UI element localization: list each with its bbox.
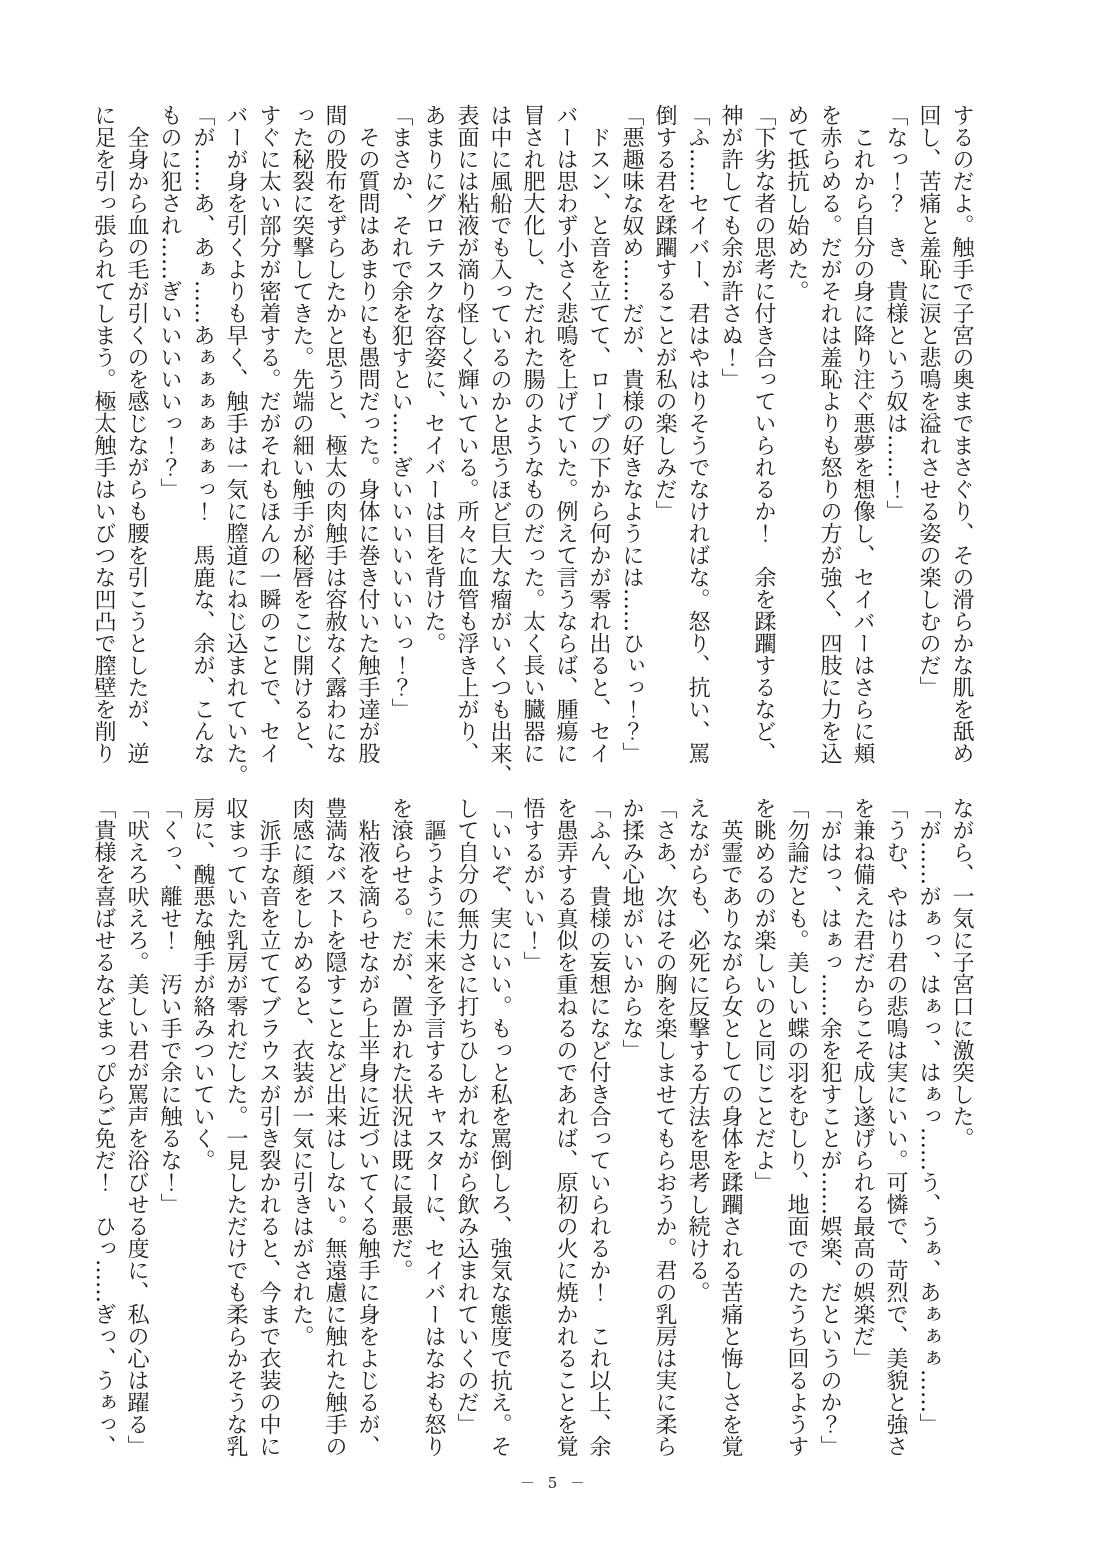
text-column: 倒する君を蹂躙することが私の楽しみだ」 [648,104,681,770]
text-column: 粘液を滴らせながら上半身に近づいてくる触手に身をよじるが、 [351,797,384,1463]
text-column: 豊満なバストを隠すことなど出来はしない。無遠慮に触れた触手の [318,797,351,1463]
text-column: 「うむ、やはり君の悲鳴は実にいい。可憐で、苛烈で、美貌と強さ [879,797,912,1463]
text-column: 回し、苦痛と羞恥に涙と悲鳴を溢れさせる姿の楽しむのだ」 [912,104,945,770]
text-column: 英霊でありながら女としての身体を蹂躙される苦痛と悔しさを覚 [714,797,747,1463]
text-column: を赤らめる。だがそれは羞恥よりも怒りの方が強く、四肢に力を込 [813,104,846,770]
text-column: 「貴様を喜ばせるなどまっぴらご免だ！ ひっ……ぎっ、うぁっ、 [87,797,120,1463]
text-column: を眺めるのが楽しいのと同じことだよ」 [747,797,780,1463]
text-column: ながら、一気に子宮口に激突した。 [945,797,978,1463]
text-column: 「勿論だとも。美しい蝶の羽をむしり、地面でのたうち回るようす [780,797,813,1463]
text-column: 派手な音を立ててブラウスが引き裂かれると、今まで衣装の中に [252,797,285,1463]
text-column: めて抵抗し始めた。 [780,104,813,770]
text-column: を兼ね備えた君だからこそ成し遂げられる最高の娯楽だ」 [846,797,879,1463]
text-column: して自分の無力さに打ちひしがれながら飲み込まれていくのだ」 [450,797,483,1463]
text-column: 全身から血の毛が引くのを感じながらも腰を引こうとしたが、逆 [120,104,153,770]
text-column: 悟するがいい！」 [516,797,549,1463]
text-column: った秘裂に突撃してきた。先端の細い触手が秘唇をこじ開けると、 [285,104,318,770]
text-column: は中に風船でも入っているのかと思うほど巨大な瘤がいくつも出来、 [483,104,516,770]
text-column: バーは思わず小さく悲鳴を上げていた。例えて言うならば、腫瘍に [549,104,582,770]
text-column: 「まさか、それで余を犯すとい……ぎいいいいいいいっ！？」 [384,104,417,770]
text-column: か揉み心地がいいからな」 [615,797,648,1463]
text-column: 「いいぞ、実にいい。もっと私を罵倒しろ、強気な態度で抗え。そ [483,797,516,1463]
text-block-bottom: ながら、一気に子宮口に激突した。「が……がぁっ、はぁっ、はぁっ……う、うぁ、あぁ… [87,797,978,1463]
text-column: 「くっ、離せ！ 汚い手で余に触るな！」 [153,797,186,1463]
page-number: － 5 － [0,1472,1109,1493]
text-column: ドスン、と音を立てて、ローブの下から何かが零れ出ると、セイ [582,104,615,770]
text-column: を滾らせる。だが、置かれた状況は既に最悪だ。 [384,797,417,1463]
text-column: すぐに太い部分が密着する。だがそれもほんの一瞬のことで、セイ [252,104,285,770]
text-column: 冒され肥大化し、ただれた腸のようなものだった。太く長い臓器に [516,104,549,770]
text-column: 謳うように未来を予言するキャスターに、セイバーはなおも怒り [417,797,450,1463]
text-column: 「ふん、貴様の妄想になど付き合っていられるか！ これ以上、余 [582,797,615,1463]
document-page: するのだよ。触手で子宮の奥までまさぐり、その滑らかな肌を舐め回し、苦痛と羞恥に涙… [0,0,1109,1553]
text-column: その質問はあまりにも愚問だった。身体に巻き付いた触手達が股 [351,104,384,770]
text-column: ものに犯され……ぎいいいいいっ！？」 [153,104,186,770]
text-column: 収まっていた乳房が零れだした。一見しただけでも柔らかそうな乳 [219,797,252,1463]
text-column: 「悪趣味な奴め……だが、貴様の好きなようには……ひぃっ！？」 [615,104,648,770]
text-column: 「下劣な者の思考に付き合っていられるか！ 余を蹂躙するなど、 [747,104,780,770]
text-column: 房に、醜悪な触手が絡みついていく。 [186,797,219,1463]
text-column: これから自分の身に降り注ぐ悪夢を想像し、セイバーはさらに頬 [846,104,879,770]
text-column: 「が……あ、あぁ……あぁぁぁぁぁぁっ！ 馬鹿な、余が、こんな [186,104,219,770]
text-column: 神が許しても余が許さぬ！」 [714,104,747,770]
text-column: 間の股布をずらしたかと思うと、極太の肉触手は容赦なく露わにな [318,104,351,770]
text-column: 「なっ！？ き、貴様という奴は……！」 [879,104,912,770]
text-column: 「が……がぁっ、はぁっ、はぁっ……う、うぁ、あぁぁぁ……」 [912,797,945,1463]
text-block-top: するのだよ。触手で子宮の奥までまさぐり、その滑らかな肌を舐め回し、苦痛と羞恥に涙… [87,104,978,770]
text-column: バーが身を引くよりも早く、触手は一気に膣道にねじ込まれていた。 [219,104,252,770]
text-column: 「吠えろ吠えろ。美しい君が罵声を浴びせる度に、私の心は躍る」 [120,797,153,1463]
text-column: あまりにグロテスクな容姿に、セイバーは目を背けた。 [417,104,450,770]
text-column: 「ふ……セイバー、君はやはりそうでなければな。怒り、抗い、罵 [681,104,714,770]
text-column: を愚弄する真似を重ねるのであれば、原初の火に焼かれることを覚 [549,797,582,1463]
text-column: えながらも、必死に反撃する方法を思考し続ける。 [681,797,714,1463]
text-column: 肉感に顔をしかめると、衣装が一気に引きはがされた。 [285,797,318,1463]
text-column: に足を引っ張られてしまう。極太触手はいびつな凹凸で膣壁を削り [87,104,120,770]
text-column: 「がはっ、はぁっ……余を犯すことが……娯楽、だというのか？」 [813,797,846,1463]
text-column: するのだよ。触手で子宮の奥までまさぐり、その滑らかな肌を舐め [945,104,978,770]
text-column: 「さあ、次はその胸を楽しませてもらおうか。君の乳房は実に柔ら [648,797,681,1463]
text-column: 表面には粘液が滴り怪しく輝いている。所々に血管も浮き上がり、 [450,104,483,770]
